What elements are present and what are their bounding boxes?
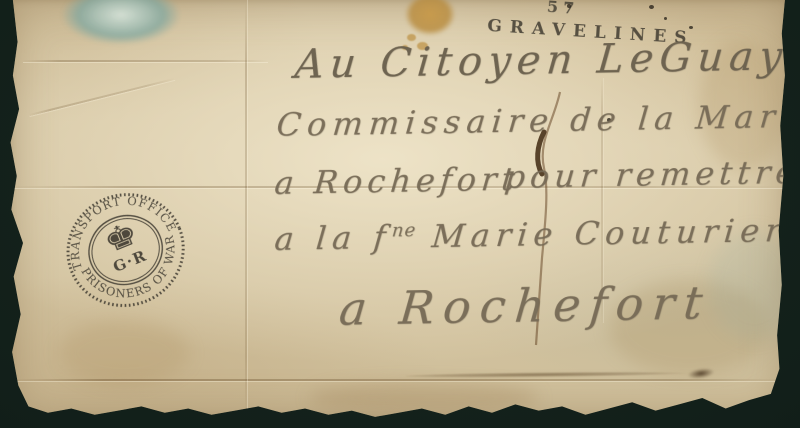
address-line-recipient: Au Citoyen LeGuay: [293, 33, 790, 88]
address-line4-prefix: a la f: [273, 218, 393, 258]
photo-of-letter: 57 GRAVELINES TRANSPORT OFFICE: [0, 0, 800, 428]
address-line-destination: a Rochefort: [337, 276, 714, 336]
address-line-instruction: pour remettre: [503, 153, 800, 196]
letter-paper: 57 GRAVELINES TRANSPORT OFFICE: [9, 0, 788, 419]
address-line4-superscript: ne: [391, 220, 417, 241]
address-line-place: a Rochefort: [273, 160, 521, 202]
address-line4-rest: Marie Couturier: [414, 211, 788, 255]
